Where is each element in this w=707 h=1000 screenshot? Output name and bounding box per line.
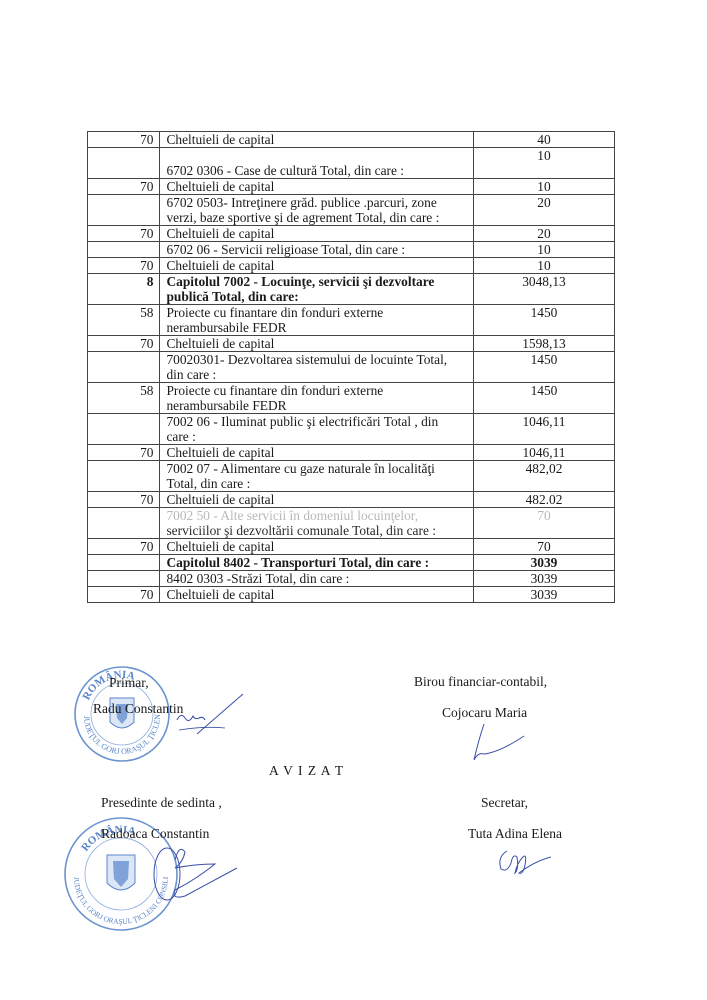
description-line: Cheltuieli de capital	[166, 445, 469, 460]
row-description: Capitolul 7002 - Locuinţe, servicii şi d…	[160, 274, 474, 305]
secretar-signature	[495, 843, 555, 877]
description-line: Proiecte cu finantare din fonduri extern…	[166, 383, 469, 398]
row-description: Cheltuieli de capital	[160, 445, 474, 461]
table-row: 6702 06 - Servicii religioase Total, din…	[88, 242, 615, 258]
row-description: Cheltuieli de capital	[160, 132, 474, 148]
table-row: 58Proiecte cu finantare din fonduri exte…	[88, 305, 615, 336]
description-line: 70020301- Dezvoltarea sistemului de locu…	[166, 352, 469, 367]
row-description: Proiecte cu finantare din fonduri extern…	[160, 383, 474, 414]
description-line: 7002 06 - Iluminat public şi electrifică…	[166, 414, 469, 429]
row-code: 58	[88, 383, 160, 414]
secretar-name: Tuta Adina Elena	[468, 826, 562, 842]
document-page: 70Cheltuieli de capital40 6702 0306 - Ca…	[0, 0, 707, 1000]
description-line: 6702 06 - Servicii religioase Total, din…	[166, 242, 469, 257]
description-line: 7002 07 - Alimentare cu gaze naturale în…	[166, 461, 469, 476]
row-description: Cheltuieli de capital	[160, 179, 474, 195]
row-description: 6702 0306 - Case de cultură Total, din c…	[160, 148, 474, 179]
table-row: 7002 50 - Alte servicii în domeniul locu…	[88, 508, 615, 539]
primar-name: Radu Constantin	[93, 701, 183, 717]
table-row: 70Cheltuieli de capital3039	[88, 587, 615, 603]
budget-table: 70Cheltuieli de capital40 6702 0306 - Ca…	[87, 131, 615, 603]
row-value: 482.02	[473, 492, 614, 508]
description-line: 8402 0303 -Străzi Total, din care :	[166, 571, 469, 586]
birou-name: Cojocaru Maria	[442, 705, 527, 721]
table-row: 8402 0303 -Străzi Total, din care :3039	[88, 571, 615, 587]
row-description: 7002 06 - Iluminat public şi electrifică…	[160, 414, 474, 445]
row-value: 3039	[473, 587, 614, 603]
row-code: 70	[88, 539, 160, 555]
description-line: 6702 0306 - Case de cultură Total, din c…	[166, 163, 469, 178]
description-line: 6702 0503- Intreţinere grăd. publice .pa…	[166, 195, 469, 210]
birou-title: Birou financiar-contabil,	[414, 674, 547, 690]
row-code: 70	[88, 492, 160, 508]
row-value: 10	[473, 179, 614, 195]
table-row: 70020301- Dezvoltarea sistemului de locu…	[88, 352, 615, 383]
row-value: 70	[473, 508, 614, 539]
row-value: 1046,11	[473, 414, 614, 445]
row-description: Cheltuieli de capital	[160, 336, 474, 352]
description-line: din care :	[166, 367, 469, 382]
table-row: 70Cheltuieli de capital40	[88, 132, 615, 148]
description-line: Cheltuieli de capital	[166, 132, 469, 147]
row-code	[88, 352, 160, 383]
row-description: 7002 50 - Alte servicii în domeniul locu…	[160, 508, 474, 539]
row-description: Cheltuieli de capital	[160, 258, 474, 274]
presedinte-signature	[145, 840, 245, 910]
row-code	[88, 195, 160, 226]
row-value: 1450	[473, 305, 614, 336]
row-description: Proiecte cu finantare din fonduri extern…	[160, 305, 474, 336]
row-value: 40	[473, 132, 614, 148]
description-line: Cheltuieli de capital	[166, 587, 469, 602]
row-code	[88, 555, 160, 571]
table-row: 6702 0503- Intreţinere grăd. publice .pa…	[88, 195, 615, 226]
row-value: 10	[473, 258, 614, 274]
row-code: 70	[88, 132, 160, 148]
description-line: Proiecte cu finantare din fonduri extern…	[166, 305, 469, 320]
row-value: 1046,11	[473, 445, 614, 461]
row-description: 6702 06 - Servicii religioase Total, din…	[160, 242, 474, 258]
row-code: 70	[88, 258, 160, 274]
table-row: 6702 0306 - Case de cultură Total, din c…	[88, 148, 615, 179]
secretar-title: Secretar,	[481, 795, 528, 811]
row-description: Cheltuieli de capital	[160, 539, 474, 555]
avizat-heading: A V I Z A T	[269, 763, 344, 779]
description-line: Cheltuieli de capital	[166, 336, 469, 351]
row-description: 6702 0503- Intreţinere grăd. publice .pa…	[160, 195, 474, 226]
row-code: 70	[88, 179, 160, 195]
row-code	[88, 461, 160, 492]
row-code	[88, 414, 160, 445]
row-code	[88, 508, 160, 539]
description-line: Cheltuieli de capital	[166, 258, 469, 273]
row-code	[88, 148, 160, 179]
row-description: Capitolul 8402 - Transporturi Total, din…	[160, 555, 474, 571]
row-description: 8402 0303 -Străzi Total, din care :	[160, 571, 474, 587]
row-value: 1450	[473, 383, 614, 414]
row-value: 3048,13	[473, 274, 614, 305]
description-line: Cheltuieli de capital	[166, 492, 469, 507]
table-row: 58Proiecte cu finantare din fonduri exte…	[88, 383, 615, 414]
row-code: 70	[88, 226, 160, 242]
row-value: 10	[473, 148, 614, 179]
row-value: 1598,13	[473, 336, 614, 352]
table-row: 7002 07 - Alimentare cu gaze naturale în…	[88, 461, 615, 492]
row-description: 70020301- Dezvoltarea sistemului de locu…	[160, 352, 474, 383]
presedinte-title: Presedinte de sedinta ,	[101, 795, 222, 811]
birou-signature	[470, 722, 530, 764]
row-code: 70	[88, 336, 160, 352]
description-line: care :	[166, 429, 469, 444]
table-row: 70Cheltuieli de capital482.02	[88, 492, 615, 508]
primar-signature	[175, 690, 255, 740]
table-row: 70Cheltuieli de capital10	[88, 179, 615, 195]
row-code	[88, 242, 160, 258]
table-row: 70Cheltuieli de capital70	[88, 539, 615, 555]
row-value: 482,02	[473, 461, 614, 492]
row-value: 20	[473, 195, 614, 226]
description-line: Cheltuieli de capital	[166, 179, 469, 194]
description-line: verzi, baze sportive şi de agrement Tota…	[166, 210, 469, 225]
description-line: serviciilor şi dezvoltării comunale Tota…	[166, 523, 469, 538]
description-line: Cheltuieli de capital	[166, 226, 469, 241]
description-line	[166, 148, 469, 163]
description-line: nerambursabile FEDR	[166, 320, 469, 335]
row-code: 58	[88, 305, 160, 336]
description-line: Capitolul 8402 - Transporturi Total, din…	[166, 555, 469, 570]
table-row: 7002 06 - Iluminat public şi electrifică…	[88, 414, 615, 445]
row-value: 10	[473, 242, 614, 258]
description-line: publică Total, din care:	[166, 289, 469, 304]
table-row: 70Cheltuieli de capital1598,13	[88, 336, 615, 352]
primar-title: Primar,	[109, 675, 149, 691]
table-row: 8Capitolul 7002 - Locuinţe, servicii şi …	[88, 274, 615, 305]
row-code: 70	[88, 587, 160, 603]
description-line: Cheltuieli de capital	[166, 539, 469, 554]
row-code: 8	[88, 274, 160, 305]
row-description: 7002 07 - Alimentare cu gaze naturale în…	[160, 461, 474, 492]
row-description: Cheltuieli de capital	[160, 587, 474, 603]
row-value: 1450	[473, 352, 614, 383]
row-value: 70	[473, 539, 614, 555]
description-line: 7002 50 - Alte servicii în domeniul locu…	[166, 508, 469, 523]
row-description: Cheltuieli de capital	[160, 226, 474, 242]
table-row: 70Cheltuieli de capital1046,11	[88, 445, 615, 461]
description-line: nerambursabile FEDR	[166, 398, 469, 413]
row-value: 20	[473, 226, 614, 242]
row-description: Cheltuieli de capital	[160, 492, 474, 508]
row-value: 3039	[473, 571, 614, 587]
description-line: Capitolul 7002 - Locuinţe, servicii şi d…	[166, 274, 469, 289]
table-row: 70Cheltuieli de capital20	[88, 226, 615, 242]
row-code: 70	[88, 445, 160, 461]
table-row: Capitolul 8402 - Transporturi Total, din…	[88, 555, 615, 571]
table-row: 70Cheltuieli de capital10	[88, 258, 615, 274]
description-line: Total, din care :	[166, 476, 469, 491]
row-value: 3039	[473, 555, 614, 571]
row-code	[88, 571, 160, 587]
